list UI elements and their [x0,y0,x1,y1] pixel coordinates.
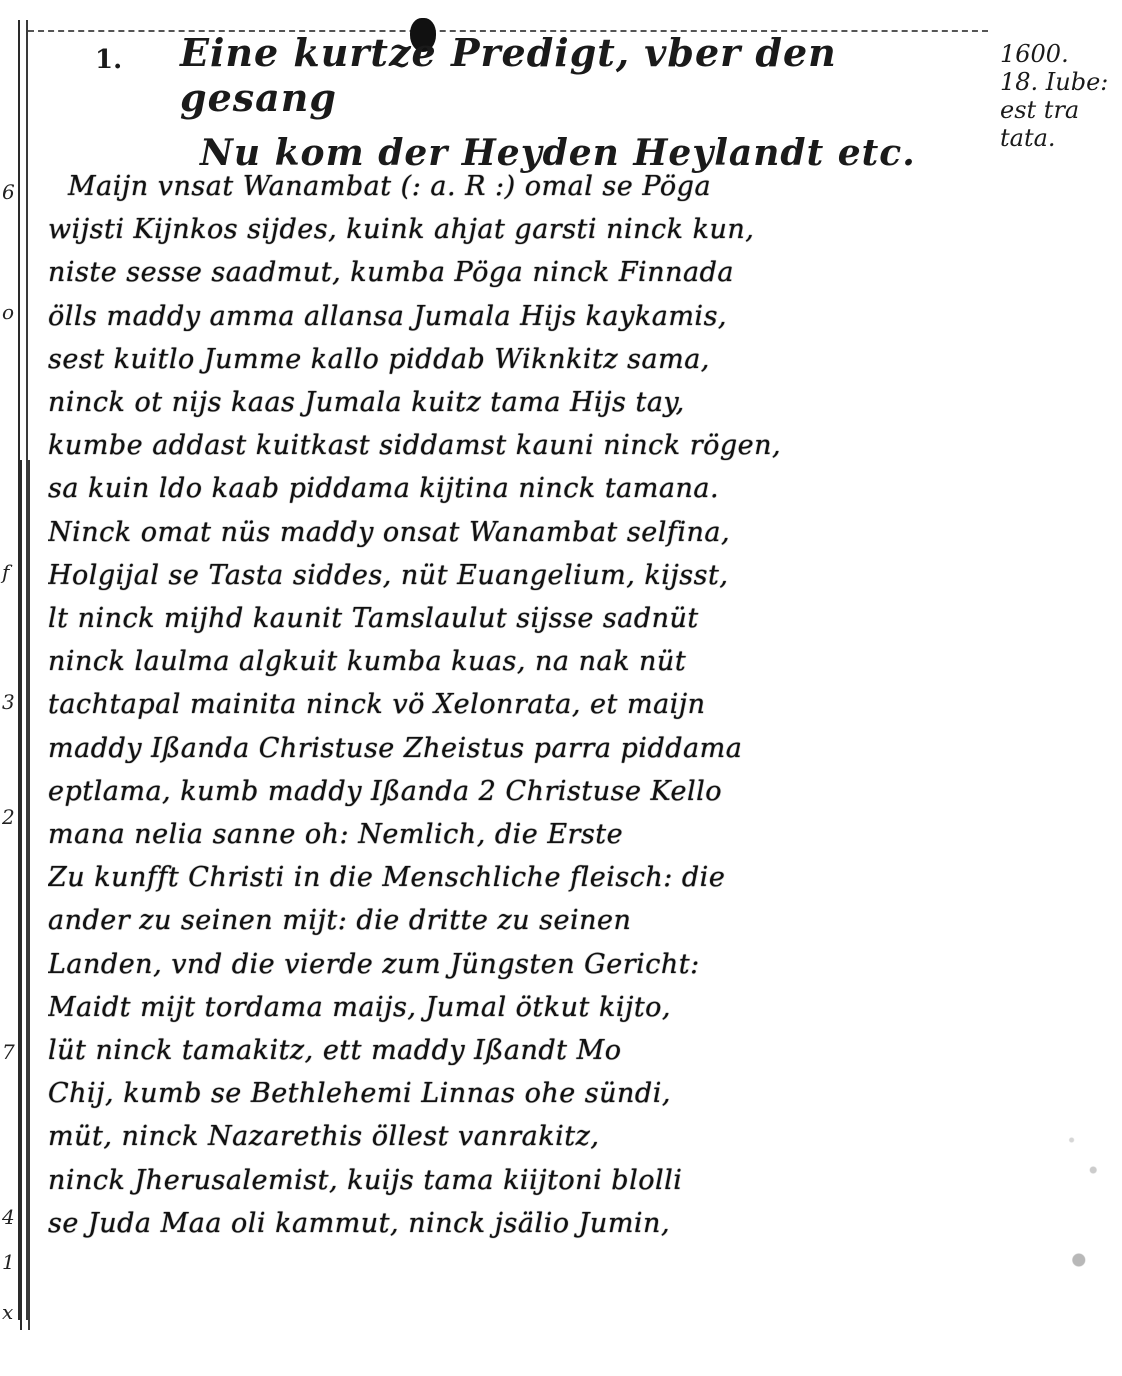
text-line: lüt ninck tamakitz, ett maddy Ißandt Mo [48,1029,1038,1072]
text-line: sa kuin ldo kaab piddama kijtina ninck t… [48,467,1038,510]
text-line: niste sesse saadmut, kumba Pöga ninck Fi… [48,251,1038,294]
margin-mark: 7 [2,1040,15,1064]
text-line: Landen, vnd die vierde zum Jüngsten Geri… [48,943,1038,986]
margin-mark: 6 [2,180,15,204]
page-binding-line-lower [20,460,30,1330]
text-line: Maidt mijt tordama maijs, Jumal ötkut ki… [48,986,1038,1029]
margin-note-line: 1600. [1000,40,1120,68]
paper-stain [1050,1050,1122,1350]
text-line: eptlama, kumb maddy Ißanda 2 Christuse K… [48,770,1038,813]
margin-mark: f [2,560,9,584]
margin-mark: 1 [2,1250,15,1274]
text-line: Maijn vnsat Wanambat (: a. R :) omal se … [48,165,1038,208]
manuscript-body: Maijn vnsat Wanambat (: a. R :) omal se … [48,165,1038,1245]
margin-note-line: est tra [1000,96,1120,124]
text-line: ninck laulma algkuit kumba kuas, na nak … [48,640,1038,683]
text-line: sest kuitlo Jumme kallo piddab Wiknkitz … [48,338,1038,381]
text-line: ninck ot nijs kaas Jumala kuitz tama Hij… [48,381,1038,424]
margin-mark: 3 [2,690,15,714]
text-line: Ninck omat nüs maddy onsat Wanambat self… [48,511,1038,554]
text-line: lt ninck mijhd kaunit Tamslaulut sijsse … [48,597,1038,640]
text-line: Holgijal se Tasta siddes, nüt Euangelium… [48,554,1038,597]
text-line: müt, ninck Nazarethis öllest vanrakitz, [48,1115,1038,1158]
text-line: ninck Jherusalemist, kuijs tama kiijtoni… [48,1159,1038,1202]
text-line: ander zu seinen mijt: die dritte zu sein… [48,899,1038,942]
document-title: Eine kurtze Predigt, vber den gesang Nu … [120,30,1000,174]
margin-mark: 2 [2,805,15,829]
text-line: se Juda Maa oli kammut, ninck jsälio Jum… [48,1202,1038,1245]
margin-mark: o [2,300,14,324]
text-line: tachtapal mainita ninck vö Xelonrata, et… [48,683,1038,726]
margin-mark: 4 [2,1205,15,1229]
margin-note-line: tata. [1000,124,1120,152]
title-line-1: Eine kurtze Predigt, vber den gesang [180,30,1000,120]
margin-mark: x [2,1300,13,1324]
text-line: maddy Ißanda Christuse Zheistus parra pi… [48,727,1038,770]
text-line: ölls maddy amma allansa Jumala Hijs kayk… [48,295,1038,338]
text-line: kumbe addast kuitkast siddamst kauni nin… [48,424,1038,467]
left-margin-marks: 6 o f 3 2 7 4 1 x [0,0,18,1376]
margin-note: 1600. 18. Iube: est tra tata. [1000,40,1120,152]
text-line: Chij, kumb se Bethlehemi Linnas ohe sünd… [48,1072,1038,1115]
text-line: mana nelia sanne oh: Nemlich, die Erste [48,813,1038,856]
text-line: Zu kunfft Christi in die Menschliche fle… [48,856,1038,899]
margin-note-line: 18. Iube: [1000,68,1120,96]
page-mark: 1. [95,45,122,75]
text-line: wijsti Kijnkos sijdes, kuink ahjat garst… [48,208,1038,251]
